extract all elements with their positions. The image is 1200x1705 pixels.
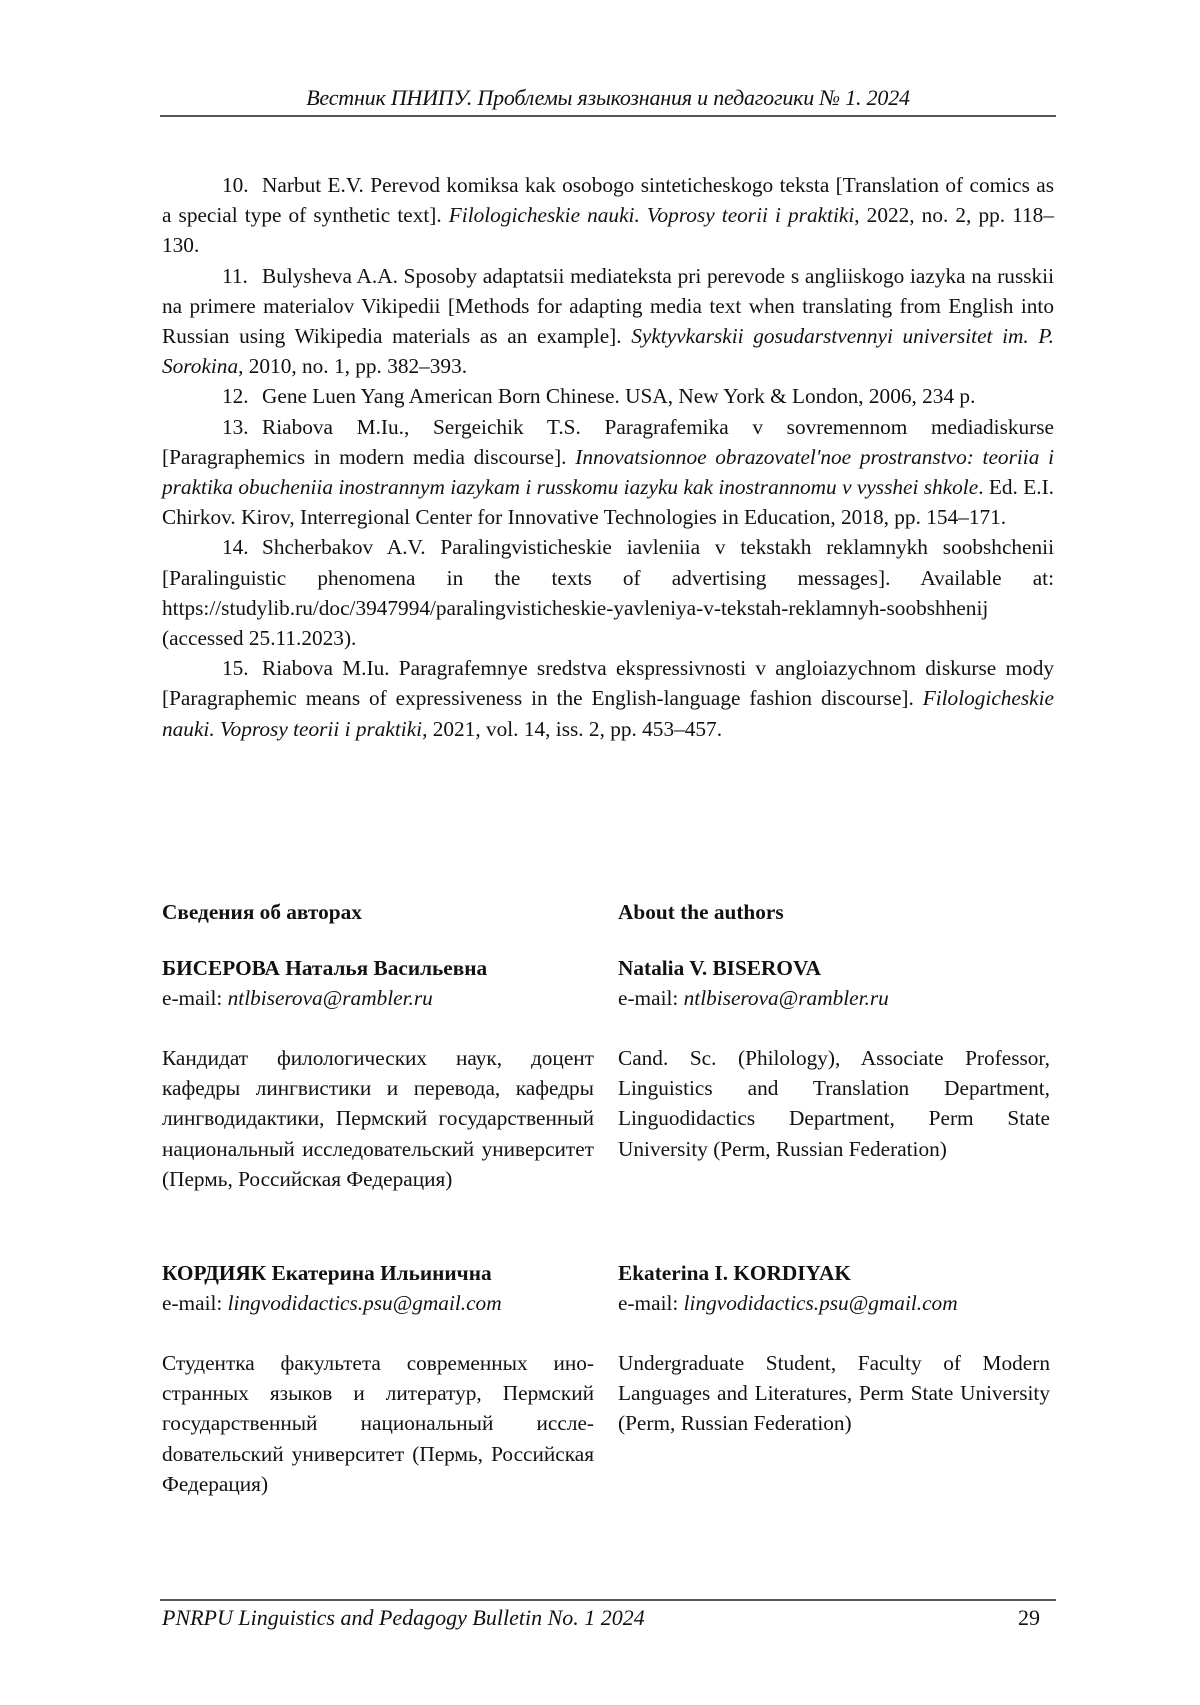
reference-details: , 2010, no. 1, pp. 382–393. [238, 354, 467, 378]
footer-journal-title: PNRPU Linguistics and Pedagogy Bulletin … [162, 1604, 1032, 1632]
reference-text[interactable]: Shcherbakov A.V. Paralingvisticheskie ia… [162, 535, 1054, 650]
author-bio-en: Undergraduate Student, Faculty of Modern… [618, 1348, 1050, 1439]
author-block-en: Natalia V. BISEROVA e-mail: ntlbiserova@… [618, 953, 1050, 1013]
reference-item: 12.Gene Luen Yang American Born Chinese.… [162, 381, 1054, 411]
author-block-en: Ekaterina I. KORDIYAK e-mail: lingvodida… [618, 1258, 1050, 1318]
email-link[interactable]: ntlbiserova@rambler.ru [228, 986, 433, 1010]
running-header: Вестник ПНИПУ. Проблемы языкознания и пе… [160, 84, 1056, 112]
reference-list: 10.Narbut E.V. Perevod komiksa kak osobo… [162, 170, 1054, 744]
reference-number: 14. [222, 532, 262, 562]
reference-number: 10. [222, 170, 262, 200]
reference-text: Gene Luen Yang American Born Chinese. US… [262, 384, 975, 408]
author-block-ru: БИСЕРОВА Наталья Васильевна e-mail: ntlb… [162, 953, 594, 1013]
author-bio-en: Cand. Sc. (Philology), Associate Profess… [618, 1043, 1050, 1164]
reference-number: 12. [222, 381, 262, 411]
author-bio-ru: Кандидат филологических наук, доцент каф… [162, 1043, 594, 1194]
reference-item: 15.Riabova M.Iu. Paragrafemnye sredstva … [162, 653, 1054, 744]
author-name-en: Ekaterina I. KORDIYAK [618, 1258, 1050, 1288]
author-name-ru: КОРДИЯК Екатерина Ильинична [162, 1258, 594, 1288]
email-label: e-mail: [618, 986, 684, 1010]
email-link[interactable]: lingvodidactics.psu@gmail.com [228, 1291, 502, 1315]
author-email-en: e-mail: lingvodidactics.psu@gmail.com [618, 1288, 1050, 1318]
reference-item: 10.Narbut E.V. Perevod komiksa kak osobo… [162, 170, 1054, 261]
reference-number: 13. [222, 412, 262, 442]
reference-text: Riabova M.Iu. Paragrafemnye sredstva eks… [162, 656, 1054, 710]
reference-number: 15. [222, 653, 262, 683]
author-name-ru: БИСЕРОВА Наталья Васильевна [162, 953, 594, 983]
author-email-ru: e-mail: ntlbiserova@rambler.ru [162, 983, 594, 1013]
email-link[interactable]: ntlbiserova@rambler.ru [684, 986, 889, 1010]
author-email-ru: e-mail: lingvodidactics.psu@gmail.com [162, 1288, 594, 1318]
reference-item: 13.Riabova M.Iu., Sergeichik T.S. Paragr… [162, 412, 1054, 533]
email-label: e-mail: [162, 986, 228, 1010]
reference-number: 11. [222, 261, 262, 291]
email-label: e-mail: [618, 1291, 684, 1315]
author-name-en: Natalia V. BISEROVA [618, 953, 1050, 983]
authors-title-en: About the authors [618, 897, 1050, 927]
authors-title-ru: Сведения об авторах [162, 897, 594, 927]
header-rule [160, 115, 1056, 117]
authors-ru-column: Сведения об авторах [162, 897, 594, 927]
reference-item: 11.Bulysheva A.A. Sposoby adaptatsii med… [162, 261, 1054, 382]
email-link[interactable]: lingvodidactics.psu@gmail.com [684, 1291, 958, 1315]
author-block-ru: КОРДИЯК Екатерина Ильинична e-mail: ling… [162, 1258, 594, 1318]
authors-en-column: About the authors [618, 897, 1050, 927]
author-bio-ru: Студентка факультета современных ино­стр… [162, 1348, 594, 1499]
footer-rule [160, 1599, 1056, 1601]
page-number: 29 [1000, 1604, 1040, 1632]
author-email-en: e-mail: ntlbiserova@rambler.ru [618, 983, 1050, 1013]
email-label: e-mail: [162, 1291, 228, 1315]
reference-details: , 2021, vol. 14, iss. 2, pp. 453–457. [422, 717, 722, 741]
reference-item: 14.Shcherbakov A.V. Paralingvisticheskie… [162, 532, 1054, 653]
reference-source: Filologicheskie nauki. Voprosy teorii i … [449, 203, 855, 227]
